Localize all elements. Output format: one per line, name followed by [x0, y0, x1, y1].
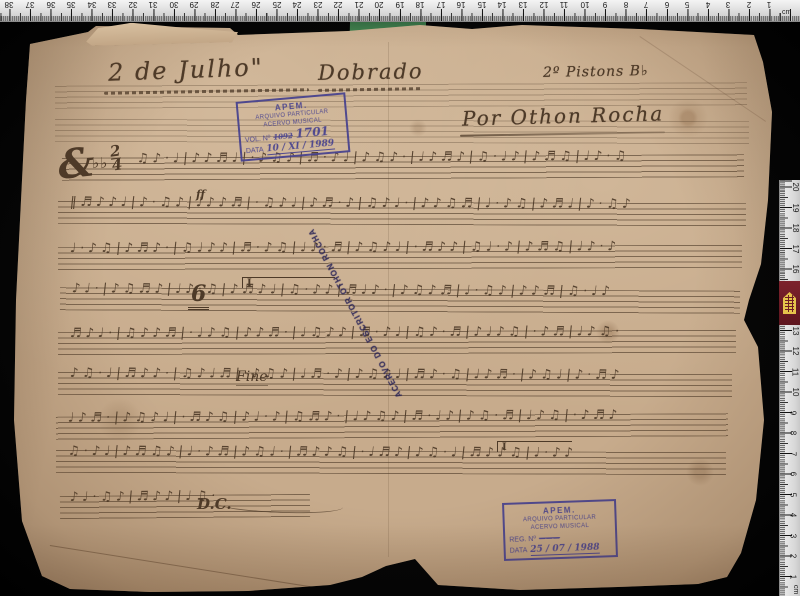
stamp-no-old: 1092 [273, 131, 293, 142]
score-mark-dynamic-ff: ff [196, 188, 205, 201]
ruler-ticks-cm [780, 180, 792, 596]
ruler-number: 31 [149, 0, 158, 9]
ruler-number: 10 [580, 0, 589, 9]
score-mark-da-capo: D.C. [197, 495, 232, 513]
stamp-date-label: DATA [510, 546, 528, 556]
ruler-number: 9 [603, 0, 607, 9]
music-staff: ♩♪♬·|♪♫♪♩|·♬♪♫|♪♩·♪|♫♬♪·|♩♪♫♪|♬·♩♪|♪♫·♬|… [56, 413, 728, 440]
ruler-number: 14 [498, 0, 507, 9]
ruler-number: 4 [706, 0, 710, 9]
ruler-number: 35 [67, 0, 76, 9]
ruler-number: 1 [767, 0, 771, 9]
ruler-number: 6 [665, 0, 669, 9]
stamp-date-value: 25 / 07 / 1988 [530, 544, 600, 556]
score-mark-volta-bracket-1: I [242, 277, 335, 288]
ruler-number: 20 [791, 183, 800, 192]
ruler-number: 16 [791, 265, 800, 274]
ruler-number: 18 [416, 0, 425, 9]
music-score: & ♭♭ 2 4 ♫♪·♩|♪♪♬♩|·♪♫♪|♬·♪♩|♪♫♪·|♩♪♬♪|♫… [0, 0, 800, 596]
ruler-number: 25 [272, 0, 281, 9]
ruler-number: 13 [791, 326, 800, 335]
ruler-number: 11 [560, 0, 568, 9]
ruler-number: 5 [685, 0, 689, 9]
ruler-number: 28 [210, 0, 219, 9]
note-glyphs: ♫♪·♩|♪♪♬♩|·♪♫♪|♬·♪♩|♪♫♪·|♩♪♬♪|♫·♩♪|♪♬♫|♩… [136, 149, 631, 167]
score-mark-volta-bracket-2: I [497, 441, 572, 452]
music-staff: ♩·♪♫|♪♬♪·|♫♩♪♪|♬·♪♫|♩♪·♬|♪♫♪♩|·♬♪♪|♫♩·♪|… [58, 245, 742, 270]
stamp-no-value: 1701 [295, 126, 329, 139]
ruler-number: 21 [354, 0, 363, 9]
music-staff: ♫♪·♩|♪♪♬♩|·♪♫♪|♬·♪♩|♪♫♪·|♩♪♬♪|♫·♩♪|♪♬♫|♩… [62, 154, 744, 181]
ruler-number: 33 [108, 0, 117, 9]
music-staff: ♫·♪♩|♪♬♫♪|♩·♪♬|♪♫♩·|♬♪♪♫|·♩♬♪|♪♫·♩|♬♪♪♫|… [56, 450, 726, 475]
ruler-number: 17 [791, 244, 800, 253]
ruler-brand-logo [779, 281, 800, 325]
torn-paper-flap [86, 20, 239, 46]
ruler-number: 15 [477, 0, 486, 9]
ruler-number: 32 [128, 0, 137, 9]
music-staff: ♬♪♩·|♫♪♪♬|·♩♪♫|♪♪♬·|♩♫♪♪|♬·♪♩|♫♪·♬|♪♩♪♫|… [58, 330, 736, 355]
archive-stamp-top: APEM. ARQUIVO PARTICULAR ACERVO MUSICAL … [236, 92, 351, 161]
ruler-number: 34 [87, 0, 96, 9]
ruler-number: 16 [457, 0, 466, 9]
ruler-number: 17 [436, 0, 445, 9]
music-staff: ♪♩·|♪♫♬♪|♩♪·♫|♪♬♪♩|♫·♪♪|♬♩♪·|♪♫♪♬|♩·♫♪|♪… [60, 287, 740, 314]
ruler-unit-label: cm [792, 585, 799, 594]
ruler-number: 38 [5, 0, 14, 9]
music-staff: ‖♬♪♪♩|♪·♫♪|♩♪♪♬|·♫♪♩|♪♬·♪|♫♪♩·|♪♪♫♬|♩·♪♫… [58, 201, 746, 226]
ruler-vertical: 2019181716151413121110987654321 cm [779, 180, 800, 596]
ruler-number: 3 [726, 0, 730, 9]
score-mark-fine: Fine [236, 369, 268, 386]
brand-emblem-icon [783, 292, 796, 314]
note-glyphs: ‖♬♪♪♩|♪·♫♪|♩♪♪♬|·♫♪♩|♪♬·♪|♫♪♩·|♪♪♫♬|♩·♪♫… [69, 195, 635, 212]
archive-stamp-bottom: APEM. ARQUIVO PARTICULAR ACERVO MUSICAL … [502, 499, 618, 561]
ruler-number: 12 [539, 0, 548, 9]
ruler-number: 19 [395, 0, 404, 9]
ruler-number: 7 [644, 0, 648, 9]
ruler-number: 22 [334, 0, 343, 9]
ruler-number: 30 [169, 0, 178, 9]
ruler-number: 20 [375, 0, 384, 9]
ruler-unit-label: cm [782, 9, 791, 16]
music-staff: ♪♩·♫♪|♬♪♪|♩♫· [60, 494, 310, 519]
ruler-number: 18 [791, 224, 800, 233]
ruler-number: 13 [519, 0, 528, 9]
photo-scene: 2 de Julho" Dobrado 2º Pistons B♭ Por Ot… [0, 0, 800, 596]
ruler-number: 29 [190, 0, 199, 9]
ruler-number: 8 [623, 0, 627, 9]
note-glyphs: ♩·♪♫|♪♬♪·|♫♩♪♪|♬·♪♫|♩♪·♬|♪♫♪♩|·♬♪♪|♫♩·♪|… [69, 239, 620, 256]
stamp-no-label: REG. Nº [509, 535, 536, 545]
ruler-number: 19 [791, 203, 800, 212]
stamp-no-old: ——— [539, 533, 560, 543]
ruler-number: 37 [26, 0, 35, 9]
ruler-number: 10 [791, 388, 800, 397]
stamp-date-label: DATA [246, 146, 264, 157]
ruler-number: 27 [231, 0, 240, 9]
score-mark-figure-six: 6 [188, 281, 209, 310]
ruler-number: 11 [791, 367, 800, 375]
note-glyphs: ♬♪♩·|♫♪♪♬|·♩♪♫|♪♪♬·|♩♫♪♪|♬·♪♩|♫♪·♬|♪♩♪♫|… [69, 324, 624, 341]
ruler-number: 12 [791, 347, 800, 356]
ruler-number: 23 [313, 0, 322, 9]
ruler-number: 26 [252, 0, 261, 9]
note-glyphs: ♪♫·♩|♬♪♪·|♫♪♩♬|·♪♫♪|♩♬·♪|♪♫♪♩|♬♪·♫|♩♪♬·|… [69, 366, 624, 383]
ruler-number: 24 [293, 0, 302, 9]
ruler-number: 36 [46, 0, 55, 9]
ruler-horizontal: 3837363534333231302928272625242322212019… [0, 0, 800, 22]
ruler-ticks-cm [0, 9, 800, 21]
ruler-number: 2 [747, 0, 751, 9]
manuscript-page: 2 de Julho" Dobrado 2º Pistons B♭ Por Ot… [0, 0, 800, 596]
note-glyphs: ♩♪♬·|♪♫♪♩|·♬♪♫|♪♩·♪|♫♬♪·|♩♪♫♪|♬·♩♪|♪♫·♬|… [67, 408, 622, 426]
